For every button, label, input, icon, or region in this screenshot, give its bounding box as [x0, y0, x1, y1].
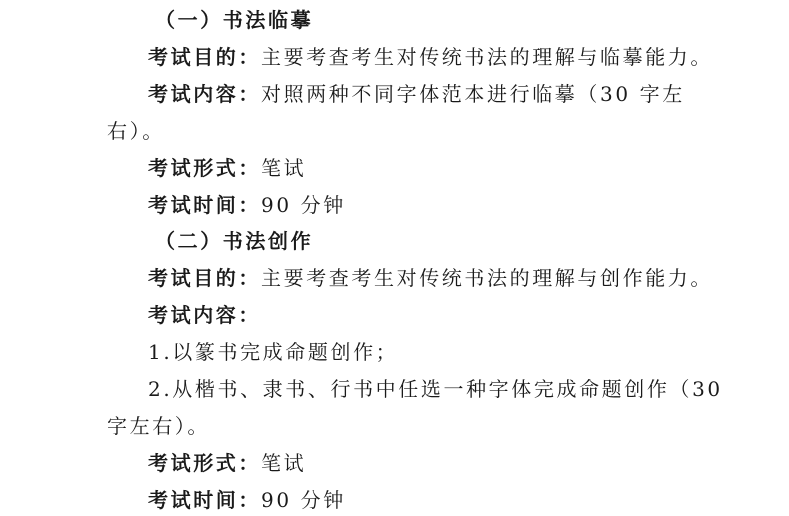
section-heading-calligraphy-copying: （一）书法临摹 [155, 8, 313, 32]
exam-format-text: 笔试 [261, 451, 306, 475]
exam-content-label: 考试内容： [148, 82, 261, 106]
exam-purpose-label: 考试目的： [148, 266, 261, 290]
content-item-1: 1.以篆书完成命题创作； [148, 340, 398, 364]
exam-format-line: 考试形式：笔试 [148, 451, 306, 475]
exam-content-line: 考试内容： [148, 303, 261, 327]
exam-content-line: 考试内容：对照两种不同字体范本进行临摹（30 字左 [148, 82, 685, 106]
content-item-2-continuation: 字左右）。 [107, 414, 210, 438]
exam-time-text: 90 分钟 [261, 193, 346, 217]
exam-content-label: 考试内容： [148, 303, 261, 327]
exam-time-label: 考试时间： [148, 193, 261, 217]
exam-format-label: 考试形式： [148, 451, 261, 475]
exam-format-line: 考试形式：笔试 [148, 156, 306, 180]
exam-time-label: 考试时间： [148, 488, 261, 512]
exam-purpose-line: 考试目的：主要考查考生对传统书法的理解与临摹能力。 [148, 45, 713, 69]
exam-content-continuation: 右）。 [107, 119, 165, 143]
exam-format-text: 笔试 [261, 156, 306, 180]
exam-purpose-text: 主要考查考生对传统书法的理解与临摹能力。 [261, 45, 713, 69]
exam-format-label: 考试形式： [148, 156, 261, 180]
exam-time-line: 考试时间：90 分钟 [148, 488, 346, 512]
exam-content-text: 对照两种不同字体范本进行临摹（30 字左 [261, 82, 685, 106]
section-heading-calligraphy-creation: （二）书法创作 [155, 229, 313, 253]
exam-purpose-line: 考试目的：主要考查考生对传统书法的理解与创作能力。 [148, 266, 713, 290]
exam-purpose-text: 主要考查考生对传统书法的理解与创作能力。 [261, 266, 713, 290]
exam-time-text: 90 分钟 [261, 488, 346, 512]
content-item-2: 2.从楷书、隶书、行书中任选一种字体完成命题创作（30 [148, 377, 723, 401]
exam-time-line: 考试时间：90 分钟 [148, 193, 346, 217]
exam-purpose-label: 考试目的： [148, 45, 261, 69]
